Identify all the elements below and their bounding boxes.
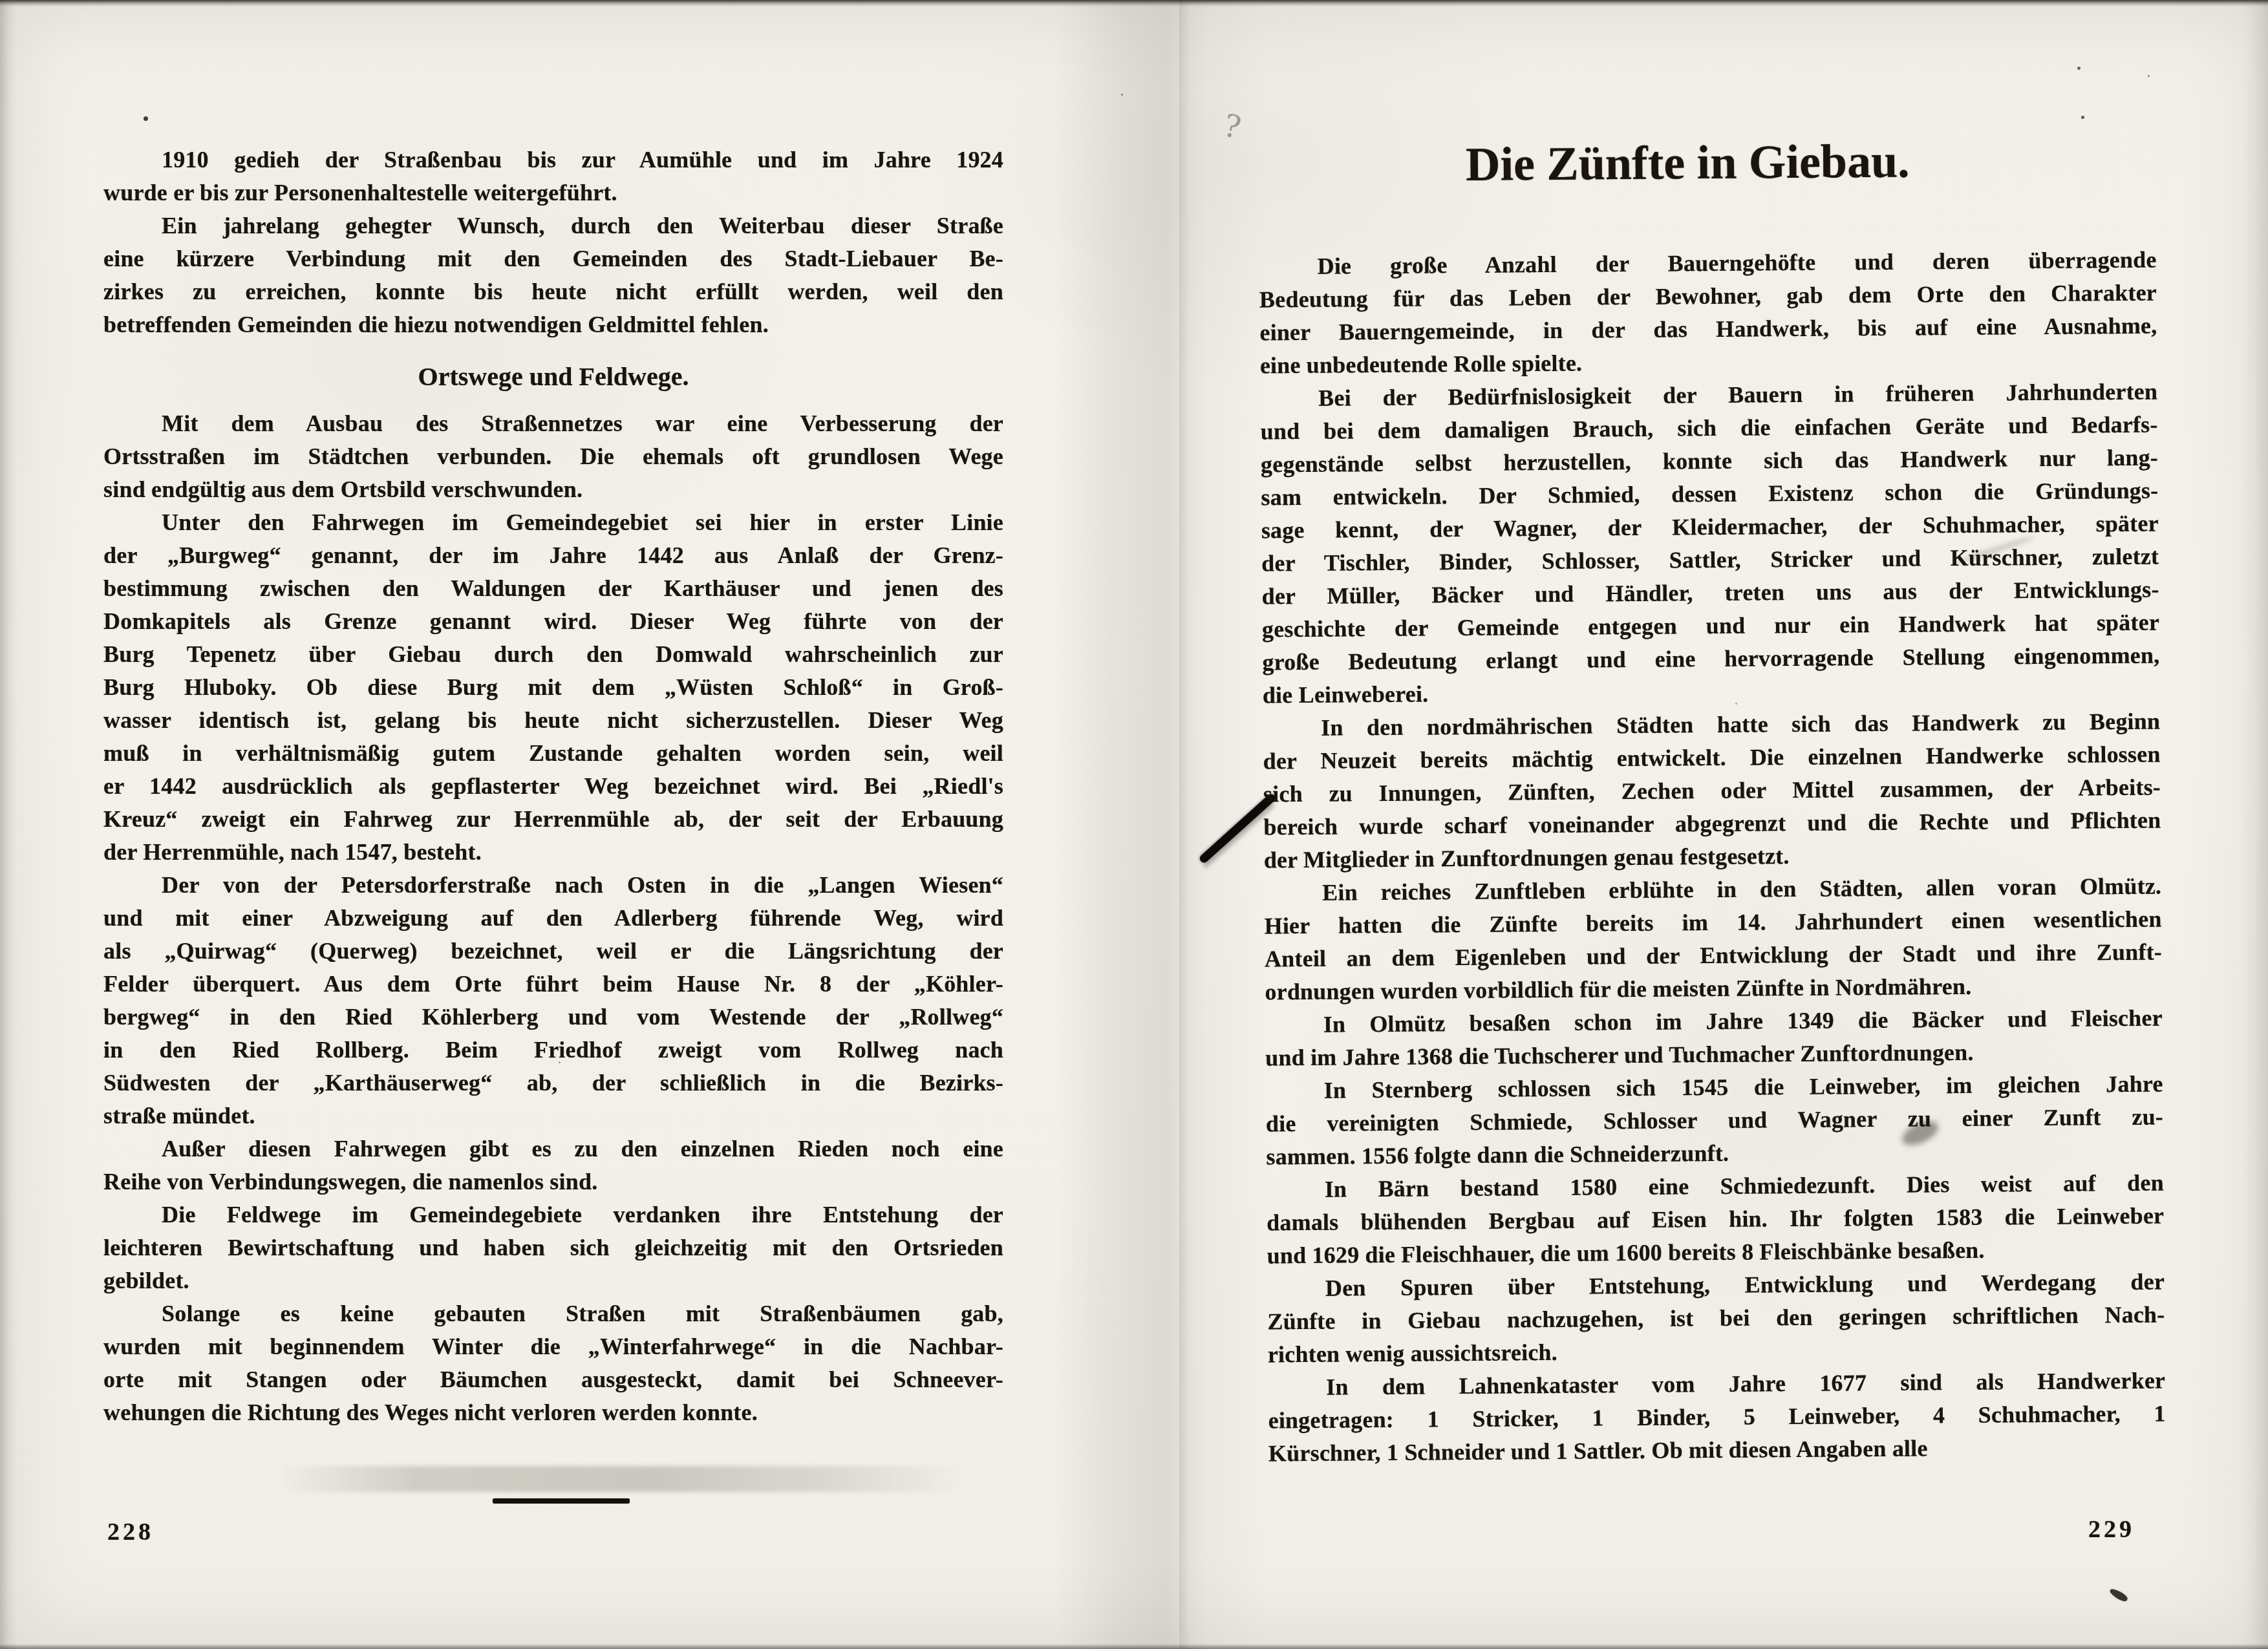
ink-bleedthrough-smudge (278, 1466, 963, 1492)
text-line: und mit einer Abzweigung auf den Adlerbe… (103, 902, 1003, 935)
paragraph: In Bärn bestand 1580 eine Schmiedezunft.… (1267, 1166, 2165, 1272)
text-line: Burg Hluboky. Ob diese Burg mit dem „Wüs… (103, 671, 1003, 704)
paragraph: Die große Anzahl der Bauerngehöfte und d… (1259, 244, 2157, 383)
text-line: wurde er bis zur Personenhaltestelle wei… (103, 176, 1003, 209)
section-divider-rule (493, 1498, 630, 1504)
text-line: Zünfte in Giebau nachzugehen, ist bei de… (1267, 1298, 2165, 1338)
text-line: straße mündet. (103, 1100, 1003, 1133)
text-line: Solange es keine gebauten Straßen mit St… (103, 1297, 1003, 1330)
text-line: wurden mit beginnendem Winter die „Winte… (103, 1330, 1003, 1363)
text-line: bestimmung zwischen den Waldungen der Ka… (103, 572, 1003, 605)
paragraph: 1910 gedieh der Straßenbau bis zur Aumüh… (103, 144, 1003, 209)
text-line: zirkes zu erreichen, konnte bis heute ni… (103, 275, 1003, 308)
text-line: große Bedeutung erlangt und eine hervorr… (1262, 639, 2159, 679)
paragraph: Mit dem Ausbau des Straßennetzes war ein… (103, 407, 1003, 506)
text-line: wehungen die Richtung des Weges nicht ve… (103, 1396, 1003, 1429)
paper-specks (144, 116, 148, 121)
page-number-right: 229 (2088, 1515, 2135, 1544)
text-line: 1910 gedieh der Straßenbau bis zur Aumüh… (103, 144, 1003, 176)
paragraph: Bei der Bedürfnislosigkeit der Bauern in… (1260, 376, 2160, 712)
text-line: Die Feldwege im Gemeindegebiete verdanke… (103, 1198, 1003, 1231)
scan-edge-top (0, 0, 2268, 6)
text-line: gebildet. (103, 1264, 1003, 1297)
paragraph: Der von der Petersdorferstraße nach Oste… (103, 869, 1003, 1133)
paragraph: Die Feldwege im Gemeindegebiete verdanke… (103, 1198, 1003, 1297)
text-line: damals blühenden Bergbau auf Eisen hin. … (1267, 1199, 2164, 1239)
paragraph: Unter den Fahrwegen im Gemeindegebiet se… (103, 506, 1003, 869)
left-paragraphs-top: 1910 gedieh der Straßenbau bis zur Aumüh… (103, 144, 1003, 341)
right-paragraphs: Die große Anzahl der Bauerngehöfte und d… (1259, 244, 2166, 1471)
scan-edge-right (2242, 0, 2268, 1649)
text-line: leichteren Bewirtschaftung und haben sic… (103, 1231, 1003, 1264)
text-line: Kürschner, 1 Schneider und 1 Sattler. Ob… (1268, 1430, 2166, 1470)
page-number-left: 228 (107, 1518, 154, 1546)
scan-edge-left (0, 0, 17, 1649)
left-paragraphs: Mit dem Ausbau des Straßennetzes war ein… (103, 407, 1003, 1429)
chapter-title: Die Zünfte in Giebau. (1258, 130, 2117, 196)
text-line: einer Bauerngemeinde, in der das Handwer… (1259, 310, 2157, 350)
text-line: betreffenden Gemeinden die hiezu notwend… (103, 308, 1003, 341)
ink-flick-blemish (2108, 1587, 2128, 1603)
text-line: Mit dem Ausbau des Straßennetzes war ein… (103, 407, 1003, 440)
paragraph: In dem Lahnenkataster vom Jahre 1677 sin… (1268, 1364, 2166, 1470)
text-line: bereich wurde scharf voneinander abgegre… (1263, 804, 2161, 844)
text-line: In Olmütz besaßen schon im Jahre 1349 di… (1265, 1002, 2163, 1042)
paragraph: In Olmütz besaßen schon im Jahre 1349 di… (1265, 1002, 2163, 1075)
text-line: Ortsstraßen im Städtchen verbunden. Die … (103, 440, 1003, 473)
text-line: sind endgültig aus dem Ortsbild verschwu… (103, 473, 1003, 506)
text-line: Außer diesen Fahrwegen gibt es zu den ei… (103, 1133, 1003, 1165)
paragraph: Außer diesen Fahrwegen gibt es zu den ei… (103, 1133, 1003, 1198)
text-line: der Herrenmühle, nach 1547, besteht. (103, 836, 1003, 869)
text-line: bergweg“ in den Ried Köhlerberg und vom … (103, 1001, 1003, 1034)
text-line: die vereinigten Schmiede, Schlosser und … (1266, 1101, 2163, 1141)
paragraph: Ein jahrelang gehegter Wunsch, durch den… (103, 209, 1003, 341)
text-line: Domkapitels als Grenze genannt wird. Die… (103, 605, 1003, 638)
text-line: Reihe von Verbindungswegen, die namenlos… (103, 1165, 1003, 1198)
text-line: wasser identisch ist, gelang bis heute n… (103, 704, 1003, 737)
page-edge-crease (1179, 0, 1190, 1649)
paragraph: Ein reiches Zunftleben erblühte in den S… (1264, 870, 2163, 1009)
text-line: der „Burgweg“ genannt, der im Jahre 1442… (103, 539, 1003, 572)
text-line: Der von der Petersdorferstraße nach Oste… (103, 869, 1003, 902)
paragraph: In den nordmährischen Städten hatte sich… (1263, 705, 2161, 877)
paragraph: Solange es keine gebauten Straßen mit St… (103, 1297, 1003, 1429)
book-scan-spread: { "colors": { "paper": "#f2efe8", "ink":… (0, 0, 2268, 1649)
text-line: Burg Tepenetz über Giebau durch den Domw… (103, 638, 1003, 671)
scan-edge-bottom (0, 1644, 2268, 1649)
text-line: Südwesten der „Karthäuserweg“ ab, der sc… (103, 1067, 1003, 1100)
left-page-text-column: 1910 gedieh der Straßenbau bis zur Aumüh… (103, 144, 1003, 1429)
text-line: Anteil an dem Eigenleben und der Entwick… (1265, 936, 2162, 976)
text-line: Kreuz“ zweigt ein Fahrweg zur Herrenmühl… (103, 803, 1003, 836)
text-line: Ein jahrelang gehegter Wunsch, durch den… (103, 209, 1003, 242)
text-line: muß in verhältnismäßig gutem Zustande ge… (103, 737, 1003, 770)
text-line: in den Ried Rollberg. Beim Friedhof zwei… (103, 1034, 1003, 1067)
text-line: Unter den Fahrwegen im Gemeindegebiet se… (103, 506, 1003, 539)
paragraph: Den Spuren über Entstehung, Entwicklung … (1267, 1265, 2165, 1371)
text-line: Felder überquert. Aus dem Orte führt bei… (103, 968, 1003, 1001)
section-heading: Ortswege und Feldwege. (103, 361, 1003, 393)
text-line: er 1442 ausdrücklich als gepflasterter W… (103, 770, 1003, 803)
text-line: eingetragen: 1 Stricker, 1 Binder, 5 Lei… (1268, 1397, 2165, 1437)
text-line: orte mit Stangen oder Bäumchen ausgestec… (103, 1363, 1003, 1396)
text-line: als „Quirwag“ (Querweg) bezeichnet, weil… (103, 935, 1003, 968)
right-page-text-column: Die Zünfte in Giebau. Die große Anzahl d… (1258, 130, 2166, 1471)
paragraph: In Sternberg schlossen sich 1545 die Lei… (1265, 1068, 2163, 1174)
text-line: eine kürzere Verbindung mit den Gemeinde… (103, 242, 1003, 275)
